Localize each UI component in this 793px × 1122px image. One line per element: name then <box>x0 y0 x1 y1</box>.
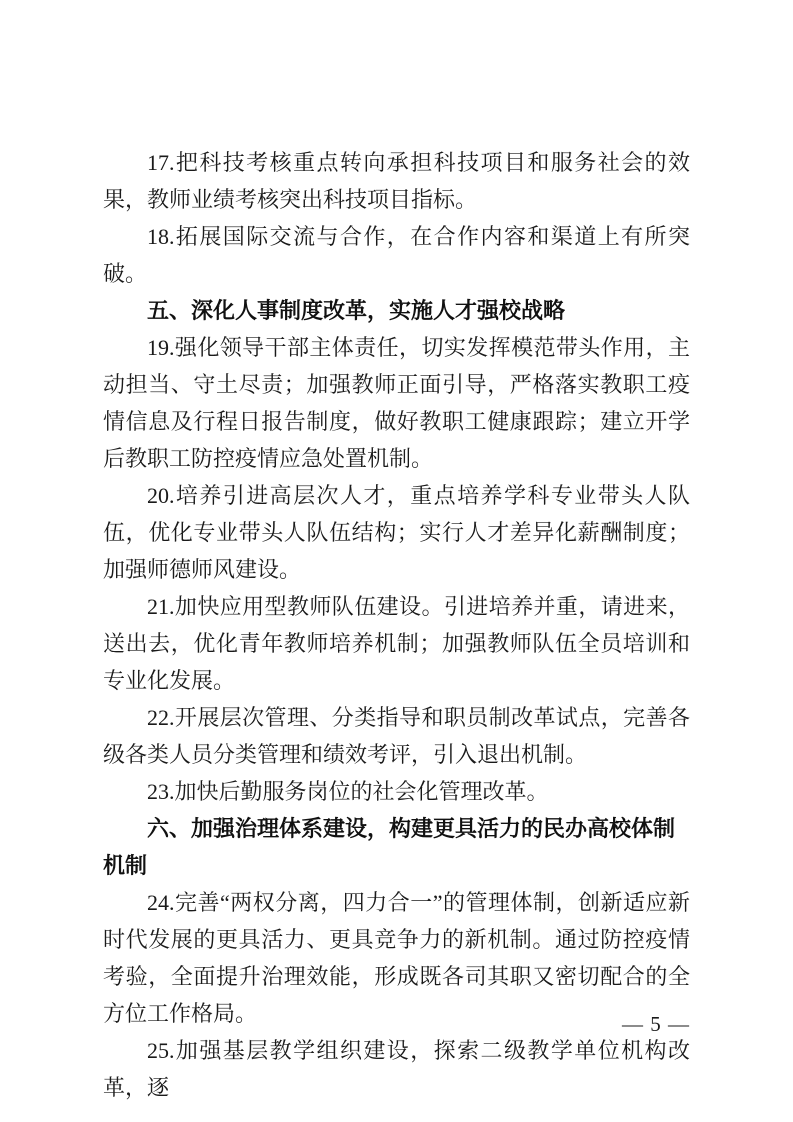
paragraph-item-21: 21.加快应用型教师队伍建设。引进培养并重，请进来，送出去，优化青年教师培养机制… <box>103 588 690 699</box>
section-heading-5: 五、深化人事制度改革，实施人才强校战略 <box>103 292 690 329</box>
document-body: 17.把科技考核重点转向承担科技项目和服务社会的效果，教师业绩考核突出科技项目指… <box>103 144 690 1106</box>
paragraph-item-23: 23.加快后勤服务岗位的社会化管理改革。 <box>103 773 690 810</box>
page-number: — 5 — <box>622 1010 690 1038</box>
paragraph-item-19: 19.强化领导干部主体责任，切实发挥模范带头作用，主动担当、守土尽责；加强教师正… <box>103 329 690 477</box>
section-heading-6: 六、加强治理体系建设，构建更具活力的民办高校体制机制 <box>103 810 690 884</box>
paragraph-item-17: 17.把科技考核重点转向承担科技项目和服务社会的效果，教师业绩考核突出科技项目指… <box>103 144 690 218</box>
document-page: 17.把科技考核重点转向承担科技项目和服务社会的效果，教师业绩考核突出科技项目指… <box>0 0 793 1122</box>
paragraph-item-20: 20.培养引进高层次人才，重点培养学科专业带头人队伍，优化专业带头人队伍结构；实… <box>103 477 690 588</box>
paragraph-item-22: 22.开展层次管理、分类指导和职员制改革试点，完善各级各类人员分类管理和绩效考评… <box>103 699 690 773</box>
paragraph-item-24: 24.完善“两权分离，四力合一”的管理体制，创新适应新时代发展的更具活力、更具竞… <box>103 884 690 1032</box>
paragraph-item-18: 18.拓展国际交流与合作，在合作内容和渠道上有所突破。 <box>103 218 690 292</box>
paragraph-item-25: 25.加强基层教学组织建设，探索二级教学单位机构改革，逐 <box>103 1032 690 1106</box>
